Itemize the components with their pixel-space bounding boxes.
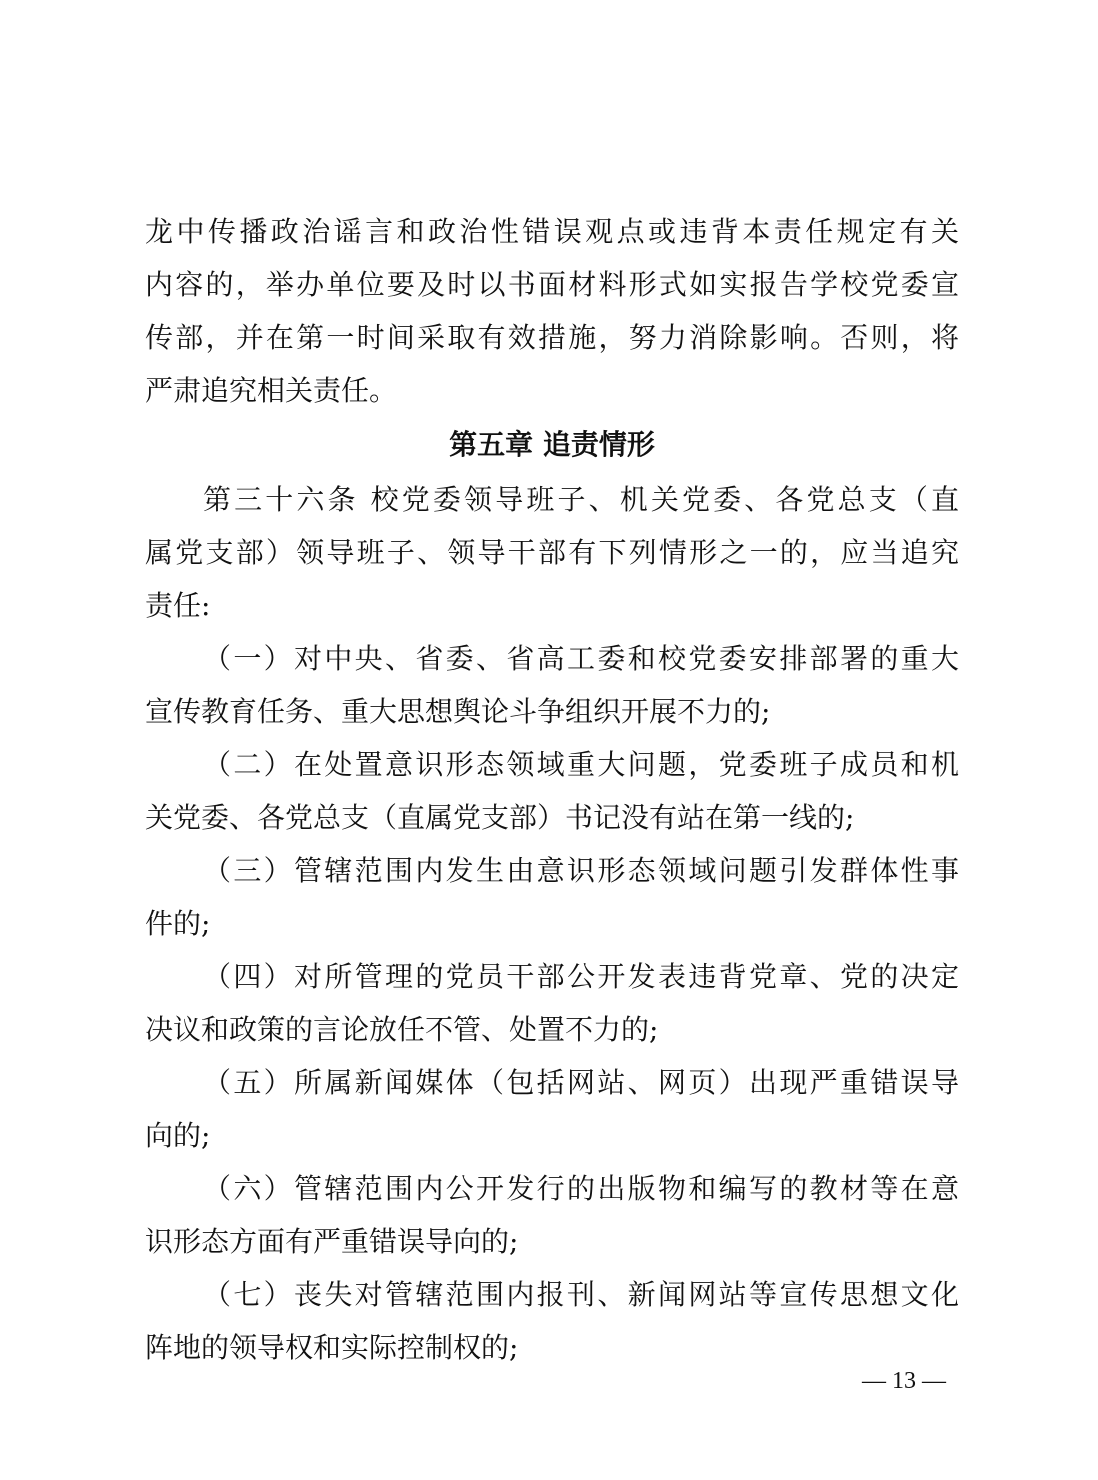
text-line: 识形态方面有严重错误导向的; xyxy=(145,1215,959,1268)
text-line: （二）在处置意识形态领域重大问题，党委班子成员和机 xyxy=(145,738,959,791)
text-line: 严肃追究相关责任。 xyxy=(145,364,959,417)
text-line: （五）所属新闻媒体（包括网站、网页）出现严重错误导 xyxy=(145,1056,959,1109)
text-line: （四）对所管理的党员干部公开发表违背党章、党的决定 xyxy=(145,950,959,1003)
text-line: 传部，并在第一时间采取有效措施，努力消除影响。否则，将 xyxy=(145,311,959,364)
text-line: 内容的，举办单位要及时以书面材料形式如实报告学校党委宣 xyxy=(145,258,959,311)
article-36-paragraph: 第三十六条 校党委领导班子、机关党委、各党总支（直 属党支部）领导班子、领导干部… xyxy=(145,473,959,632)
list-item-5: （五）所属新闻媒体（包括网站、网页）出现严重错误导 向的; xyxy=(145,1056,959,1162)
page-number: — 13 — xyxy=(862,1368,946,1395)
text-line: 决议和政策的言论放任不管、处置不力的; xyxy=(145,1003,959,1056)
text-line: 责任: xyxy=(145,579,959,632)
text-line: 属党支部）领导班子、领导干部有下列情形之一的，应当追究 xyxy=(145,526,959,579)
text-line: 阵地的领导权和实际控制权的; xyxy=(145,1321,959,1374)
chapter-heading: 第五章 追责情形 xyxy=(145,417,959,473)
text-line: （三）管辖范围内发生由意识形态领域问题引发群体性事 xyxy=(145,844,959,897)
text-line: 宣传教育任务、重大思想舆论斗争组织开展不力的; xyxy=(145,685,959,738)
list-item-6: （六）管辖范围内公开发行的出版物和编写的教材等在意 识形态方面有严重错误导向的; xyxy=(145,1162,959,1268)
text-line: 向的; xyxy=(145,1109,959,1162)
text-line: 第三十六条 校党委领导班子、机关党委、各党总支（直 xyxy=(145,473,959,526)
text-line: 件的; xyxy=(145,897,959,950)
document-page: 龙中传播政治谣言和政治性错误观点或违背本责任规定有关 内容的，举办单位要及时以书… xyxy=(145,205,959,1374)
text-line: （六）管辖范围内公开发行的出版物和编写的教材等在意 xyxy=(145,1162,959,1215)
text-line: 龙中传播政治谣言和政治性错误观点或违背本责任规定有关 xyxy=(145,205,959,258)
intro-paragraph: 龙中传播政治谣言和政治性错误观点或违背本责任规定有关 内容的，举办单位要及时以书… xyxy=(145,205,959,417)
list-item-4: （四）对所管理的党员干部公开发表违背党章、党的决定 决议和政策的言论放任不管、处… xyxy=(145,950,959,1056)
text-line: （七）丧失对管辖范围内报刊、新闻网站等宣传思想文化 xyxy=(145,1268,959,1321)
text-line: （一）对中央、省委、省高工委和校党委安排部署的重大 xyxy=(145,632,959,685)
list-item-3: （三）管辖范围内发生由意识形态领域问题引发群体性事 件的; xyxy=(145,844,959,950)
text-line: 关党委、各党总支（直属党支部）书记没有站在第一线的; xyxy=(145,791,959,844)
list-item-7: （七）丧失对管辖范围内报刊、新闻网站等宣传思想文化 阵地的领导权和实际控制权的; xyxy=(145,1268,959,1374)
list-item-2: （二）在处置意识形态领域重大问题，党委班子成员和机 关党委、各党总支（直属党支部… xyxy=(145,738,959,844)
list-item-1: （一）对中央、省委、省高工委和校党委安排部署的重大 宣传教育任务、重大思想舆论斗… xyxy=(145,632,959,738)
